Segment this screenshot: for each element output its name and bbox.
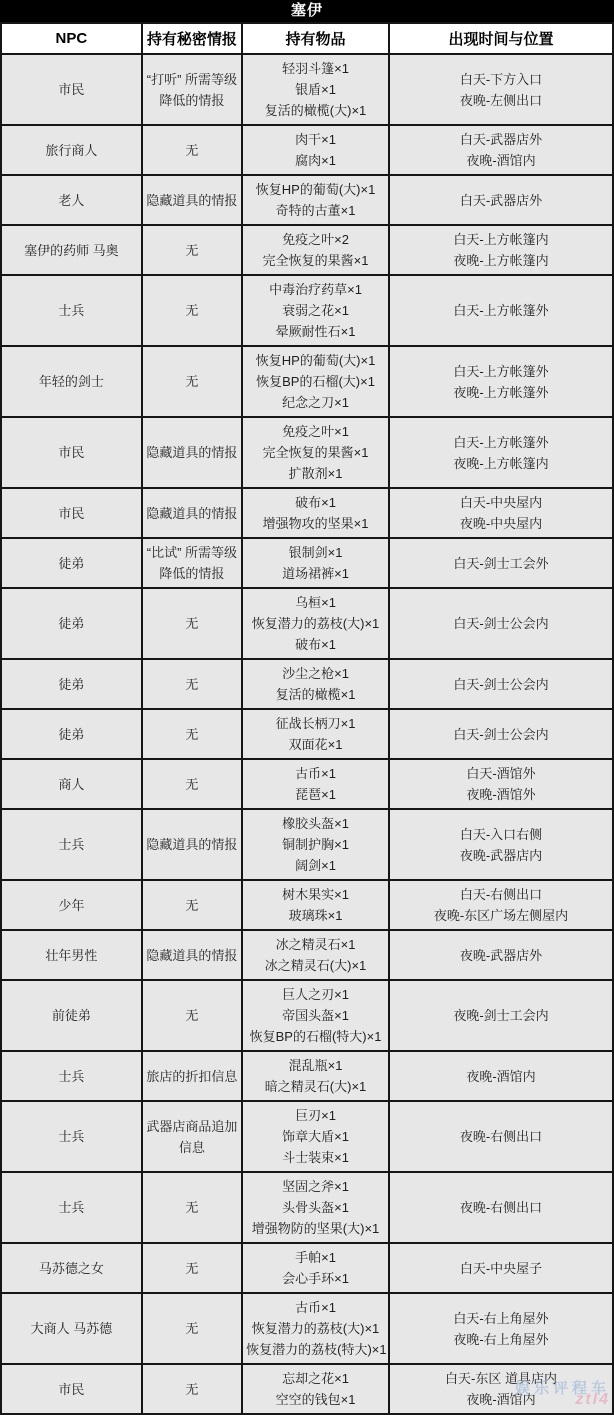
items-cell: 破布×1增强物攻的坚果×1 (242, 488, 389, 538)
secret-info-cell: 隐藏道具的情报 (142, 417, 242, 488)
items-cell: 古币×1恢复潜力的荔枝(大)×1恢复潜力的荔枝(特大)×1 (242, 1293, 389, 1364)
appearance-cell: 白天-东区 道具店内夜晚-酒馆内 (389, 1364, 613, 1414)
item-line: 奇特的古董×1 (246, 200, 385, 221)
item-line: 道场裙裤×1 (246, 563, 385, 584)
item-line: 沙尘之枪×1 (246, 663, 385, 684)
npc-cell: 老人 (1, 175, 142, 225)
table-row: 市民 无 忘却之花×1空空的钱包×1 白天-东区 道具店内夜晚-酒馆内 (1, 1364, 613, 1414)
item-line: 空空的钱包×1 (246, 1389, 385, 1410)
appearance-line: 夜晚-酒馆外 (393, 784, 609, 805)
appearance-line: 白天-右上角屋外 (393, 1308, 609, 1329)
item-line: 恢复BP的石榴(特大)×1 (246, 1026, 385, 1047)
appearance-cell: 白天-入口右侧夜晚-武器店内 (389, 809, 613, 880)
table-row: 徒弟 无 征战长柄刀×1双面花×1 白天-剑士公会内 (1, 709, 613, 759)
item-line: 巨人之刃×1 (246, 984, 385, 1005)
table-row: 旅行商人 无 肉干×1腐肉×1 白天-武器店外夜晚-酒馆内 (1, 125, 613, 175)
npc-cell: 马苏德之女 (1, 1243, 142, 1293)
secret-info-cell: “比试” 所需等级降低的情报 (142, 538, 242, 588)
item-line: 恢复HP的葡萄(大)×1 (246, 350, 385, 371)
item-line: 恢复潜力的荔枝(特大)×1 (246, 1339, 385, 1360)
secret-info-cell: 旅店的折扣信息 (142, 1051, 242, 1101)
table-row: 士兵 旅店的折扣信息 混乱瓶×1暗之精灵石(大)×1 夜晚-酒馆内 (1, 1051, 613, 1101)
npc-cell: 士兵 (1, 1172, 142, 1243)
appearance-line: 夜晚-上方帐篷内 (393, 250, 609, 271)
item-line: 帝国头盔×1 (246, 1005, 385, 1026)
appearance-cell: 白天-中央屋内夜晚-中央屋内 (389, 488, 613, 538)
table-row: 大商人 马苏德 无 古币×1恢复潜力的荔枝(大)×1恢复潜力的荔枝(特大)×1 … (1, 1293, 613, 1364)
npc-cell: 士兵 (1, 1051, 142, 1101)
items-cell: 免疫之叶×1完全恢复的果酱×1扩散剂×1 (242, 417, 389, 488)
item-line: 纪念之刀×1 (246, 392, 385, 413)
secret-info-cell: 无 (142, 659, 242, 709)
secret-info-cell: 无 (142, 346, 242, 417)
item-line: 铜制护胸×1 (246, 834, 385, 855)
appearance-cell: 白天-中央屋子 (389, 1243, 613, 1293)
items-cell: 沙尘之枪×1复活的橄榄×1 (242, 659, 389, 709)
items-cell: 冰之精灵石×1冰之精灵石(大)×1 (242, 930, 389, 980)
item-line: 增强物攻的坚果×1 (246, 513, 385, 534)
page: 塞伊 NPC 持有秘密情报 持有物品 出现时间与位置 市民 “打听” 所需等级降… (0, 0, 614, 1415)
item-line: 斗士装束×1 (246, 1147, 385, 1168)
header-row: NPC 持有秘密情报 持有物品 出现时间与位置 (1, 23, 613, 54)
item-line: 阔剑×1 (246, 855, 385, 876)
appearance-line: 夜晚-剑士工会内 (393, 1005, 609, 1026)
appearance-cell: 白天-武器店外 (389, 175, 613, 225)
header-cell-appearance: 出现时间与位置 (389, 23, 613, 54)
items-cell: 中毒治疗药草×1衰弱之花×1晕厥耐性石×1 (242, 275, 389, 346)
item-line: 扩散剂×1 (246, 463, 385, 484)
secret-info-cell: 无 (142, 880, 242, 930)
item-line: 完全恢复的果酱×1 (246, 442, 385, 463)
appearance-line: 白天-武器店外 (393, 190, 609, 211)
item-line: 忘却之花×1 (246, 1368, 385, 1389)
items-cell: 乌桓×1恢复潜力的荔枝(大)×1破布×1 (242, 588, 389, 659)
appearance-cell: 夜晚-武器店外 (389, 930, 613, 980)
appearance-line: 夜晚-东区广场左侧屋内 (393, 905, 609, 926)
appearance-line: 白天-剑士公会内 (393, 724, 609, 745)
appearance-line: 夜晚-右侧出口 (393, 1126, 609, 1147)
item-line: 会心手环×1 (246, 1268, 385, 1289)
appearance-cell: 夜晚-右侧出口 (389, 1172, 613, 1243)
item-line: 坚固之斧×1 (246, 1176, 385, 1197)
npc-info-table: NPC 持有秘密情报 持有物品 出现时间与位置 市民 “打听” 所需等级降低的情… (0, 22, 614, 1415)
appearance-line: 夜晚-左侧出口 (393, 90, 609, 111)
item-line: 衰弱之花×1 (246, 300, 385, 321)
appearance-line: 夜晚-右侧出口 (393, 1197, 609, 1218)
npc-cell: 市民 (1, 417, 142, 488)
item-line: 琵琶×1 (246, 784, 385, 805)
appearance-line: 白天-剑士工会外 (393, 553, 609, 574)
appearance-line: 白天-上方帐篷外 (393, 432, 609, 453)
table-row: 前徒弟 无 巨人之刃×1帝国头盔×1恢复BP的石榴(特大)×1 夜晚-剑士工会内 (1, 980, 613, 1051)
appearance-line: 白天-武器店外 (393, 129, 609, 150)
item-line: 乌桓×1 (246, 592, 385, 613)
item-line: 冰之精灵石×1 (246, 934, 385, 955)
appearance-cell: 夜晚-右侧出口 (389, 1101, 613, 1172)
appearance-cell: 白天-剑士公会内 (389, 709, 613, 759)
secret-info-cell: “打听” 所需等级降低的情报 (142, 54, 242, 125)
npc-cell: 商人 (1, 759, 142, 809)
item-line: 双面花×1 (246, 734, 385, 755)
npc-cell: 市民 (1, 488, 142, 538)
appearance-line: 白天-下方入口 (393, 69, 609, 90)
secret-info-cell: 隐藏道具的情报 (142, 175, 242, 225)
table-row: 士兵 无 中毒治疗药草×1衰弱之花×1晕厥耐性石×1 白天-上方帐篷外 (1, 275, 613, 346)
appearance-line: 夜晚-武器店内 (393, 845, 609, 866)
item-line: 银制剑×1 (246, 542, 385, 563)
secret-info-cell: 隐藏道具的情报 (142, 488, 242, 538)
item-line: 腐肉×1 (246, 150, 385, 171)
header-cell-secret-info: 持有秘密情报 (142, 23, 242, 54)
appearance-cell: 白天-上方帐篷外夜晚-上方帐篷内 (389, 417, 613, 488)
item-line: 免疫之叶×1 (246, 421, 385, 442)
appearance-cell: 白天-右上角屋外夜晚-右上角屋外 (389, 1293, 613, 1364)
item-line: 免疫之叶×2 (246, 229, 385, 250)
npc-cell: 旅行商人 (1, 125, 142, 175)
appearance-line: 夜晚-武器店外 (393, 945, 609, 966)
appearance-line: 夜晚-酒馆内 (393, 1066, 609, 1087)
appearance-line: 白天-上方帐篷外 (393, 361, 609, 382)
item-line: 饰章大盾×1 (246, 1126, 385, 1147)
items-cell: 古币×1琵琶×1 (242, 759, 389, 809)
secret-info-cell: 无 (142, 225, 242, 275)
npc-cell: 士兵 (1, 1101, 142, 1172)
item-line: 古币×1 (246, 1297, 385, 1318)
secret-info-cell: 无 (142, 1364, 242, 1414)
appearance-line: 白天-东区 道具店内 (393, 1368, 609, 1389)
item-line: 恢复BP的石榴(大)×1 (246, 371, 385, 392)
header-cell-items: 持有物品 (242, 23, 389, 54)
item-line: 银盾×1 (246, 79, 385, 100)
appearance-cell: 白天-上方帐篷外 (389, 275, 613, 346)
secret-info-cell: 武器店商品追加信息 (142, 1101, 242, 1172)
secret-info-cell: 无 (142, 759, 242, 809)
secret-info-cell: 无 (142, 709, 242, 759)
appearance-cell: 白天-上方帐篷外夜晚-上方帐篷外 (389, 346, 613, 417)
secret-info-cell: 无 (142, 275, 242, 346)
appearance-line: 夜晚-上方帐篷内 (393, 453, 609, 474)
item-line: 树木果实×1 (246, 884, 385, 905)
npc-table-body: 市民 “打听” 所需等级降低的情报 轻羽斗篷×1银盾×1复活的橄榄(大)×1 白… (1, 54, 613, 1414)
item-line: 巨刃×1 (246, 1105, 385, 1126)
table-row: 徒弟 无 沙尘之枪×1复活的橄榄×1 白天-剑士公会内 (1, 659, 613, 709)
items-cell: 混乱瓶×1暗之精灵石(大)×1 (242, 1051, 389, 1101)
appearance-line: 白天-剑士公会内 (393, 613, 609, 634)
npc-cell: 士兵 (1, 809, 142, 880)
appearance-cell: 白天-武器店外夜晚-酒馆内 (389, 125, 613, 175)
item-line: 混乱瓶×1 (246, 1055, 385, 1076)
items-cell: 轻羽斗篷×1银盾×1复活的橄榄(大)×1 (242, 54, 389, 125)
item-line: 晕厥耐性石×1 (246, 321, 385, 342)
table-row: 壮年男性 隐藏道具的情报 冰之精灵石×1冰之精灵石(大)×1 夜晚-武器店外 (1, 930, 613, 980)
appearance-line: 夜晚-上方帐篷外 (393, 382, 609, 403)
appearance-cell: 夜晚-剑士工会内 (389, 980, 613, 1051)
items-cell: 手帕×1会心手环×1 (242, 1243, 389, 1293)
npc-cell: 大商人 马苏德 (1, 1293, 142, 1364)
item-line: 恢复潜力的荔枝(大)×1 (246, 613, 385, 634)
items-cell: 坚固之斧×1头骨头盔×1增强物防的坚果(大)×1 (242, 1172, 389, 1243)
npc-cell: 塞伊的药师 马奥 (1, 225, 142, 275)
appearance-line: 白天-上方帐篷内 (393, 229, 609, 250)
appearance-cell: 夜晚-酒馆内 (389, 1051, 613, 1101)
npc-cell: 徒弟 (1, 709, 142, 759)
appearance-line: 白天-剑士公会内 (393, 674, 609, 695)
secret-info-cell: 无 (142, 588, 242, 659)
item-line: 复活的橄榄(大)×1 (246, 100, 385, 121)
appearance-line: 白天-中央屋子 (393, 1258, 609, 1279)
item-line: 暗之精灵石(大)×1 (246, 1076, 385, 1097)
header-cell-npc: NPC (1, 23, 142, 54)
npc-cell: 壮年男性 (1, 930, 142, 980)
secret-info-cell: 无 (142, 125, 242, 175)
items-cell: 忘却之花×1空空的钱包×1 (242, 1364, 389, 1414)
secret-info-cell: 无 (142, 1293, 242, 1364)
table-row: 塞伊的药师 马奥 无 免疫之叶×2完全恢复的果酱×1 白天-上方帐篷内夜晚-上方… (1, 225, 613, 275)
item-line: 手帕×1 (246, 1247, 385, 1268)
table-row: 老人 隐藏道具的情报 恢复HP的葡萄(大)×1奇特的古董×1 白天-武器店外 (1, 175, 613, 225)
items-cell: 肉干×1腐肉×1 (242, 125, 389, 175)
npc-cell: 徒弟 (1, 588, 142, 659)
npc-cell: 士兵 (1, 275, 142, 346)
items-cell: 恢复HP的葡萄(大)×1奇特的古董×1 (242, 175, 389, 225)
item-line: 橡胶头盔×1 (246, 813, 385, 834)
table-row: 市民 隐藏道具的情报 免疫之叶×1完全恢复的果酱×1扩散剂×1 白天-上方帐篷外… (1, 417, 613, 488)
appearance-line: 夜晚-酒馆内 (393, 1389, 609, 1410)
npc-cell: 市民 (1, 1364, 142, 1414)
items-cell: 橡胶头盔×1铜制护胸×1阔剑×1 (242, 809, 389, 880)
item-line: 中毒治疗药草×1 (246, 279, 385, 300)
npc-cell: 市民 (1, 54, 142, 125)
item-line: 肉干×1 (246, 129, 385, 150)
table-row: 商人 无 古币×1琵琶×1 白天-酒馆外夜晚-酒馆外 (1, 759, 613, 809)
item-line: 古币×1 (246, 763, 385, 784)
npc-cell: 徒弟 (1, 659, 142, 709)
item-line: 冰之精灵石(大)×1 (246, 955, 385, 976)
item-line: 复活的橄榄×1 (246, 684, 385, 705)
npc-cell: 少年 (1, 880, 142, 930)
appearance-cell: 白天-上方帐篷内夜晚-上方帐篷内 (389, 225, 613, 275)
items-cell: 银制剑×1道场裙裤×1 (242, 538, 389, 588)
page-title: 塞伊 (0, 0, 614, 22)
item-line: 轻羽斗篷×1 (246, 58, 385, 79)
appearance-line: 白天-右侧出口 (393, 884, 609, 905)
items-cell: 巨刃×1饰章大盾×1斗士装束×1 (242, 1101, 389, 1172)
appearance-line: 白天-上方帐篷外 (393, 300, 609, 321)
table-row: 市民 “打听” 所需等级降低的情报 轻羽斗篷×1银盾×1复活的橄榄(大)×1 白… (1, 54, 613, 125)
secret-info-cell: 隐藏道具的情报 (142, 930, 242, 980)
item-line: 破布×1 (246, 634, 385, 655)
item-line: 恢复潜力的荔枝(大)×1 (246, 1318, 385, 1339)
appearance-cell: 白天-酒馆外夜晚-酒馆外 (389, 759, 613, 809)
table-row: 少年 无 树木果实×1玻璃珠×1 白天-右侧出口夜晚-东区广场左侧屋内 (1, 880, 613, 930)
item-line: 征战长柄刀×1 (246, 713, 385, 734)
items-cell: 免疫之叶×2完全恢复的果酱×1 (242, 225, 389, 275)
appearance-cell: 白天-下方入口夜晚-左侧出口 (389, 54, 613, 125)
secret-info-cell: 隐藏道具的情报 (142, 809, 242, 880)
items-cell: 巨人之刃×1帝国头盔×1恢复BP的石榴(特大)×1 (242, 980, 389, 1051)
item-line: 增强物防的坚果(大)×1 (246, 1218, 385, 1239)
appearance-line: 夜晚-中央屋内 (393, 513, 609, 534)
appearance-line: 白天-酒馆外 (393, 763, 609, 784)
npc-cell: 徒弟 (1, 538, 142, 588)
appearance-cell: 白天-右侧出口夜晚-东区广场左侧屋内 (389, 880, 613, 930)
item-line: 完全恢复的果酱×1 (246, 250, 385, 271)
table-row: 徒弟 “比试” 所需等级降低的情报 银制剑×1道场裙裤×1 白天-剑士工会外 (1, 538, 613, 588)
table-row: 市民 隐藏道具的情报 破布×1增强物攻的坚果×1 白天-中央屋内夜晚-中央屋内 (1, 488, 613, 538)
items-cell: 恢复HP的葡萄(大)×1恢复BP的石榴(大)×1纪念之刀×1 (242, 346, 389, 417)
npc-cell: 年轻的剑士 (1, 346, 142, 417)
appearance-cell: 白天-剑士公会内 (389, 659, 613, 709)
appearance-cell: 白天-剑士公会内 (389, 588, 613, 659)
items-cell: 树木果实×1玻璃珠×1 (242, 880, 389, 930)
secret-info-cell: 无 (142, 980, 242, 1051)
items-cell: 征战长柄刀×1双面花×1 (242, 709, 389, 759)
table-header: NPC 持有秘密情报 持有物品 出现时间与位置 (1, 23, 613, 54)
appearance-cell: 白天-剑士工会外 (389, 538, 613, 588)
appearance-line: 白天-中央屋内 (393, 492, 609, 513)
table-row: 马苏德之女 无 手帕×1会心手环×1 白天-中央屋子 (1, 1243, 613, 1293)
table-row: 年轻的剑士 无 恢复HP的葡萄(大)×1恢复BP的石榴(大)×1纪念之刀×1 白… (1, 346, 613, 417)
item-line: 头骨头盔×1 (246, 1197, 385, 1218)
appearance-line: 白天-入口右侧 (393, 824, 609, 845)
secret-info-cell: 无 (142, 1172, 242, 1243)
table-row: 徒弟 无 乌桓×1恢复潜力的荔枝(大)×1破布×1 白天-剑士公会内 (1, 588, 613, 659)
table-row: 士兵 隐藏道具的情报 橡胶头盔×1铜制护胸×1阔剑×1 白天-入口右侧夜晚-武器… (1, 809, 613, 880)
appearance-line: 夜晚-酒馆内 (393, 150, 609, 171)
secret-info-cell: 无 (142, 1243, 242, 1293)
item-line: 恢复HP的葡萄(大)×1 (246, 179, 385, 200)
table-row: 士兵 武器店商品追加信息 巨刃×1饰章大盾×1斗士装束×1 夜晚-右侧出口 (1, 1101, 613, 1172)
appearance-line: 夜晚-右上角屋外 (393, 1329, 609, 1350)
item-line: 玻璃珠×1 (246, 905, 385, 926)
npc-cell: 前徒弟 (1, 980, 142, 1051)
item-line: 破布×1 (246, 492, 385, 513)
table-row: 士兵 无 坚固之斧×1头骨头盔×1增强物防的坚果(大)×1 夜晚-右侧出口 (1, 1172, 613, 1243)
